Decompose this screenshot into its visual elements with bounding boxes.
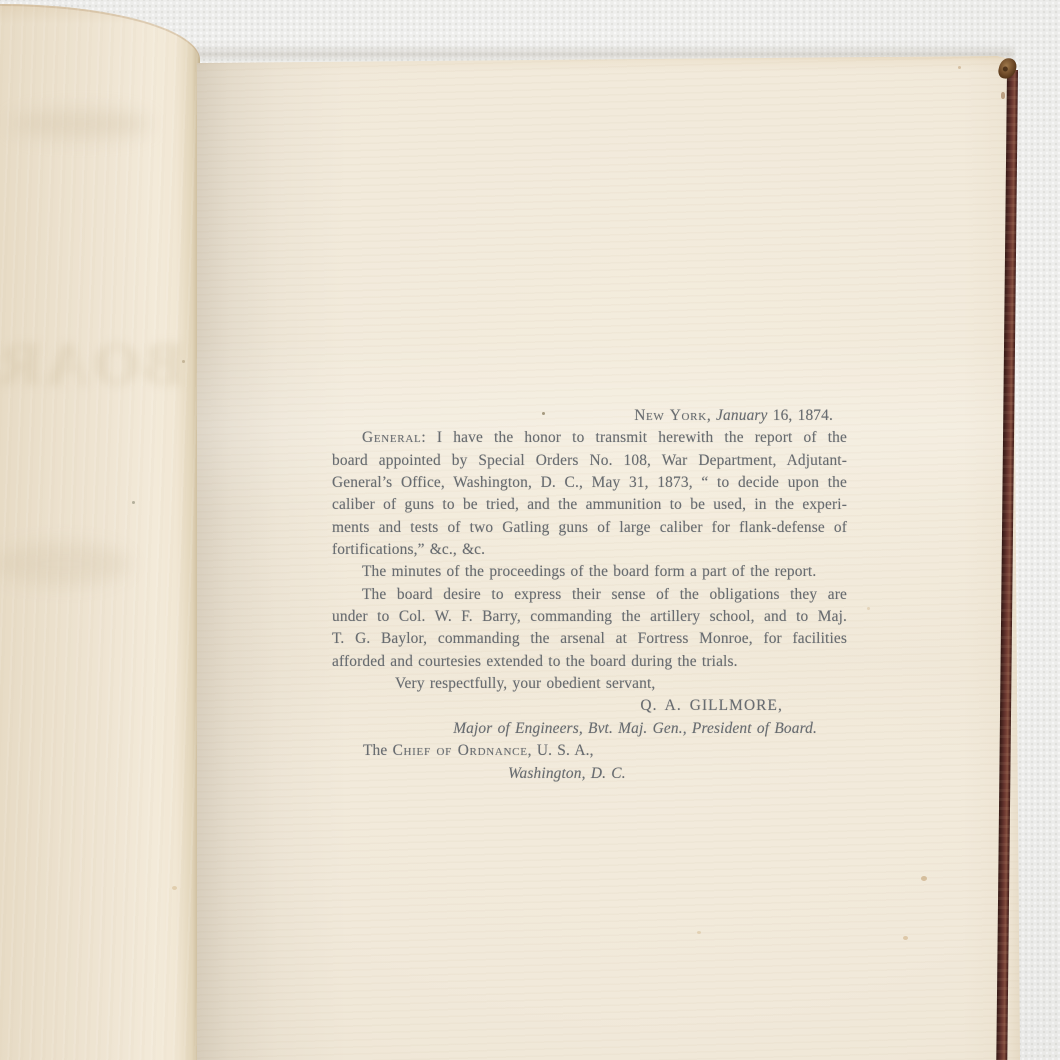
foxing-spot: [542, 412, 545, 415]
letter-line: The minutes of the proceedings of the bo…: [332, 561, 847, 583]
letter-line: T. G. Baylor, commanding the arsenal at …: [332, 628, 847, 650]
foxing-spot: [958, 66, 961, 69]
letter-line: New York, January 16, 1874.: [332, 405, 847, 427]
letter-line: Very respectfully, your obedient servant…: [332, 673, 847, 695]
page-shadow: [190, 44, 1014, 58]
left-page-stack: BOARD: [0, 4, 200, 1060]
show-through-smudge: [0, 542, 130, 586]
show-through-title: BOARD: [6, 330, 184, 399]
letter-line: Q. A. GILLMORE,: [332, 695, 847, 717]
letter-line: The Chief of Ordnance, U. S. A.,: [332, 740, 847, 762]
letter-line: fortifications,” &c., &c.: [332, 539, 847, 561]
letter-lines: New York, January 16, 1874.General: I ha…: [332, 405, 847, 785]
letter-line: board appointed by Special Orders No. 10…: [332, 450, 847, 472]
letter-line: Washington, D. C.: [332, 763, 847, 785]
letter-line: Major of Engineers, Bvt. Maj. Gen., Pres…: [332, 718, 847, 740]
letter-line: caliber of guns to be tried, and the amm…: [332, 494, 847, 516]
foxing-spot: [903, 936, 908, 940]
letter-page: New York, January 16, 1874.General: I ha…: [197, 56, 1023, 1060]
letter-line: ments and tests of two Gatling guns of l…: [332, 517, 847, 539]
letter-line: afforded and courtesies extended to the …: [332, 651, 847, 673]
foxing-spot: [182, 360, 185, 363]
foxing-spot: [921, 876, 927, 881]
letter-line: under to Col. W. F. Barry, commanding th…: [332, 606, 847, 628]
letter-line: General: I have the honor to transmit he…: [332, 427, 847, 449]
foxing-spot: [172, 886, 177, 890]
letter-line: General’s Office, Washington, D. C., May…: [332, 472, 847, 494]
foxing-spot: [132, 501, 135, 504]
letter-line: The board desire to express their sense …: [332, 584, 847, 606]
show-through-smudge: [10, 110, 150, 138]
foxing-spot: [697, 931, 701, 934]
foxing-spot: [867, 607, 870, 610]
foxing-spot: [1001, 92, 1005, 99]
open-book-photo: BOARD New York, January 16, 1874.General…: [0, 0, 1060, 1060]
